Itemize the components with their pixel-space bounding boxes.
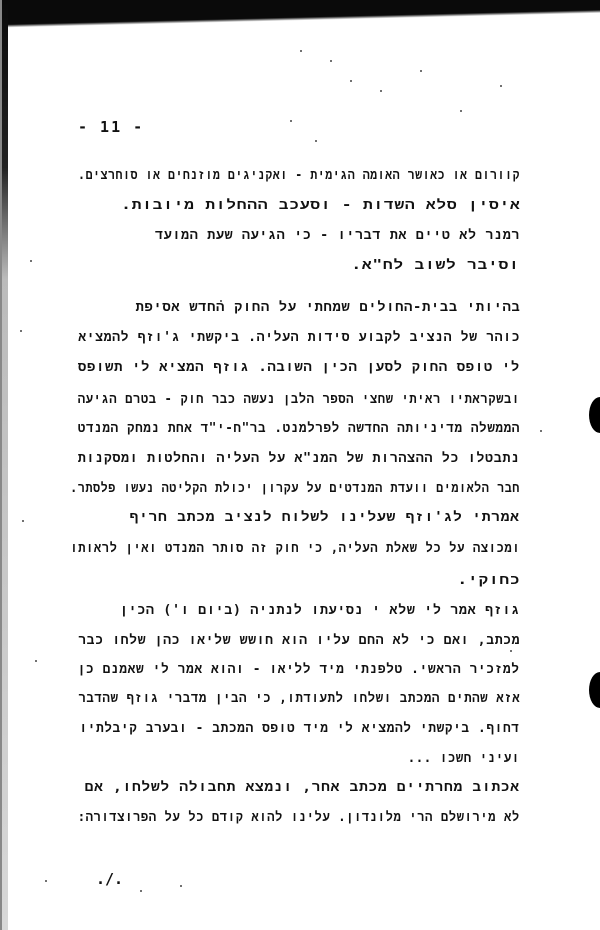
text-line: בהיותי בבית-החולים שמחתי על החוק החדש אס… <box>135 300 520 315</box>
scan-speck <box>30 260 32 262</box>
text-line: לא מירושלם הרי מלונדון. עלינו להוא קודם … <box>78 810 520 825</box>
scan-speck <box>300 50 302 52</box>
text-line: אכתוב מחרתיים מכתב אחר, ונמצא תחבולה לשל… <box>85 780 520 795</box>
scan-top-edge <box>0 0 600 30</box>
text-line: אזא שהתים המכתב ושלחו לתעודתו, כי הבין מ… <box>78 691 520 706</box>
scan-speck <box>180 885 182 887</box>
text-line: רמנר לא טיים את דבריו - כי הגיעה שעת המו… <box>155 228 520 243</box>
text-line: נתבטלו כל ההצהרות של המנ"א על העליה והחל… <box>78 451 520 466</box>
text-line: קוורום או כאושר האומה הגימית - ואקניגים … <box>78 168 520 183</box>
scan-speck <box>350 80 352 82</box>
scan-speck <box>45 880 47 882</box>
text-line: ומכוצה על כל שאלת העליה, כי חוק זה סותר … <box>70 541 520 556</box>
text-line: מכתב, ואם כי לא החם עליו הוא חושש שליאו … <box>78 633 520 648</box>
page-number: - 11 - <box>78 118 144 136</box>
scan-speck <box>315 140 317 142</box>
text-line: אמרתי לג'וזף שעלינו לשלוח לנציב מכתב חרי… <box>130 510 520 525</box>
scan-speck <box>460 110 462 112</box>
scan-speck <box>22 520 24 522</box>
scan-speck <box>140 890 142 892</box>
text-line: למזכיר הראשי. טלפנתי מיד לליאו - והוא אמ… <box>78 662 520 677</box>
scan-speck <box>420 70 422 72</box>
scan-speck <box>500 85 502 87</box>
scan-speck <box>380 90 382 92</box>
text-line: חבר הלאומים וועדת המנדטים על עקרון יכולת… <box>70 481 520 496</box>
text-line: ועיני חשכו ... <box>408 751 520 766</box>
scan-speck <box>330 60 332 62</box>
punch-hole-icon <box>589 397 600 433</box>
text-line: הממשלה מדיניותה החדשה לפרלמנט. בר"ח-י"ד … <box>78 421 520 436</box>
text-line: לי טופס החוק לסען הכין השובה. גוזף המציא… <box>78 360 520 375</box>
scan-speck <box>35 660 37 662</box>
text-line: ובשקראתיו ראיתי שחצי הספר הלבן נעשה כבר … <box>78 392 520 407</box>
punch-hole-icon <box>589 672 600 708</box>
scan-speck <box>220 300 222 302</box>
text-line: כוהר של הנציב לקבוע סידות העליה. ביקשתי … <box>78 330 520 345</box>
closing-mark: ./. <box>96 870 123 888</box>
text-line: דחוף. ביקשתי להמציא לי מיד טופס המכתב - … <box>80 721 520 736</box>
text-line: וסיבר לשוב לח"א. <box>352 258 520 273</box>
scan-left-edge-line <box>0 0 2 930</box>
text-line: גוזף אמר לי שלא י נסיעתו לנתניה (ביום ו'… <box>120 603 520 618</box>
scan-speck <box>510 650 512 652</box>
scan-speck <box>540 430 542 432</box>
text-line: כחוקי. <box>457 573 520 588</box>
scan-speck <box>290 120 292 122</box>
text-line: איסין סלא השדות - וסעכב ההחלות מיובות. <box>121 198 520 213</box>
scan-speck <box>20 330 22 332</box>
